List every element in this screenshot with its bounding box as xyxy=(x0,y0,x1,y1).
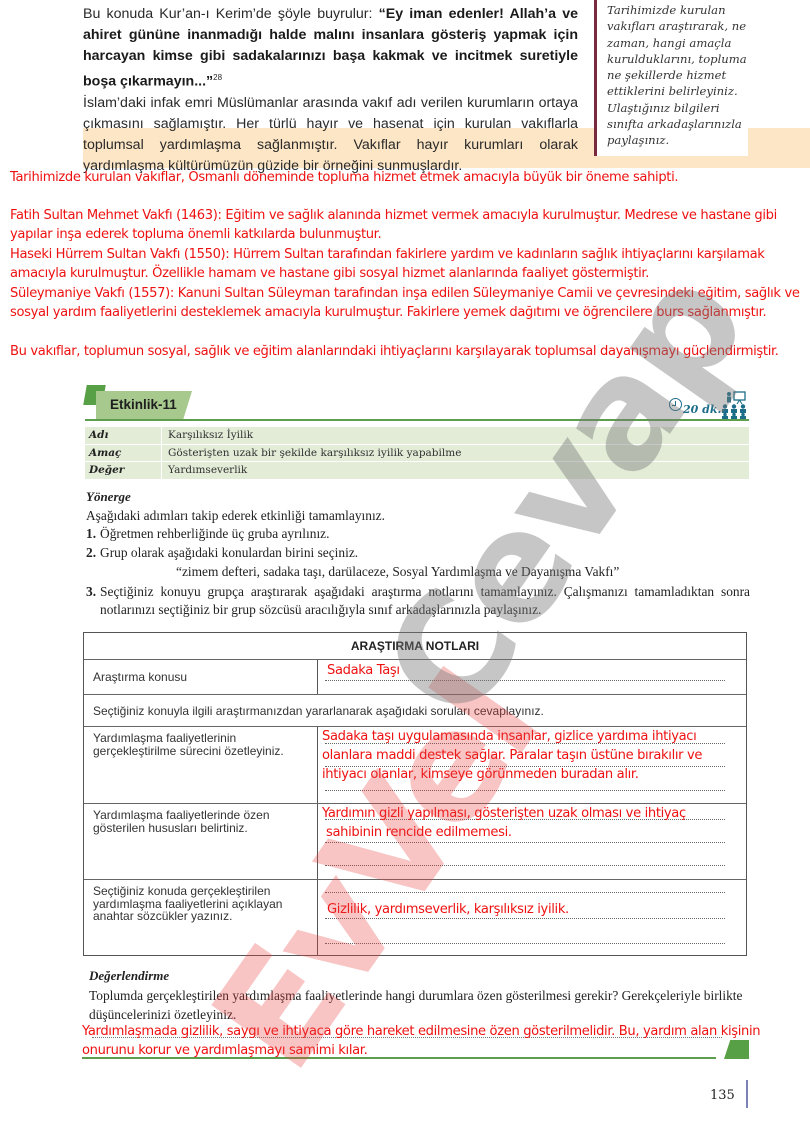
instruction-step-1: 1.Öğretmen rehberliğinde üç gruba ayrılı… xyxy=(86,525,750,543)
question-label-3: Seçtiğiniz konuda gerçekleştirilen yardı… xyxy=(93,885,303,923)
answer-intro: Tarihimizde kurulan vakıflar, Osmanlı dö… xyxy=(10,168,800,187)
instruction-step-3: 3.Seçtiğiniz konuyu grupça araştırarak a… xyxy=(86,583,750,619)
topics-quote: “zimem defteri, sadaka taşı, darülaceze,… xyxy=(176,563,619,581)
question-row-1: Yardımlaşma faaliyetlerinin gerçekleştir… xyxy=(84,727,746,804)
answer-conclusion: Bu vakıflar, toplumun sosyal, sağlık ve … xyxy=(10,342,800,361)
answer-line xyxy=(325,680,725,681)
activity-info-table: Adı Karşılıksız İyilik Amaç Gösterişten … xyxy=(85,427,749,480)
question-answer-3[interactable]: Gizlilik, yardımseverlik, karşılıksız iy… xyxy=(327,900,569,919)
footnote-marker: 28 xyxy=(213,73,222,82)
research-topic-answer[interactable]: Sadaka Taşı xyxy=(327,661,400,680)
instructions-intro: Aşağıdaki adımları takip ederek etkinliğ… xyxy=(86,507,385,525)
infak-paragraph: İslam’daki infak emri Müslümanlar arasın… xyxy=(83,93,578,177)
research-notes-title: ARAŞTIRMA NOTLARI xyxy=(84,633,746,660)
page-number: 135 xyxy=(710,1088,735,1103)
research-topic-row: Araştırma konusu Sadaka Taşı xyxy=(84,660,746,695)
quran-paragraph: Bu konuda Kur’an-ı Kerim’de şöyle buyrul… xyxy=(83,4,578,93)
research-instruction: Seçtiğiniz konuyla ilgili araştırmanızda… xyxy=(93,705,733,718)
question-answer-2[interactable]: Yardımın gizli yapılması, gösterişten uz… xyxy=(322,804,686,842)
info-row-name: Adı Karşılıksız İyilik xyxy=(85,427,749,444)
question-row-2: Yardımlaşma faaliyetlerinde özen gösteri… xyxy=(84,804,746,880)
evaluation-title: Değerlendirme xyxy=(89,968,169,984)
side-note-text: Tarihimizde kurulan vakıfları araştırara… xyxy=(607,3,747,147)
question-label-1: Yardımlaşma faaliyetlerinin gerçekleştir… xyxy=(93,732,303,757)
question-row-3: Seçtiğiniz konuda gerçekleştirilen yardı… xyxy=(84,880,746,955)
research-instruction-row: Seçtiğiniz konuyla ilgili araştırmanızda… xyxy=(84,695,746,727)
research-notes-table: ARAŞTIRMA NOTLARI Araştırma konusu Sadak… xyxy=(83,632,747,956)
page-number-bar xyxy=(746,1080,748,1108)
research-topic-label: Araştırma konusu xyxy=(93,671,308,684)
evaluation-answer[interactable]: Yardımlaşmada gizlilik, saygı ve ihtiyac… xyxy=(82,1022,804,1060)
activity-duration: 20 dk. xyxy=(683,403,721,416)
info-row-goal: Amaç Gösterişten uzak bir şekilde karşıl… xyxy=(85,445,749,462)
instructions-title: Yönerge xyxy=(86,489,131,505)
answer-item-hurrem: Haseki Hürrem Sultan Vakfı (1550): Hürre… xyxy=(10,245,800,283)
answer-item-suleymaniye: Süleymaniye Vakfı (1557): Kanuni Sultan … xyxy=(10,284,800,322)
activity-title-tab: Etkinlik-11 xyxy=(96,391,192,419)
clock-icon xyxy=(669,398,682,411)
group-presentation-icon xyxy=(720,391,748,419)
info-row-value: Değer Yardımseverlik xyxy=(85,462,749,479)
question-label-2: Yardımlaşma faaliyetlerinde özen gösteri… xyxy=(93,809,303,834)
instruction-step-2: 2.Grup olarak aşağıdaki konulardan birin… xyxy=(86,544,750,562)
activity-divider xyxy=(85,419,749,421)
question-answer-1[interactable]: Sadaka taşı uygulamasında insanlar, gizl… xyxy=(322,727,702,785)
evaluation-question: Toplumda gerçekleştirilen yardımlaşma fa… xyxy=(89,986,749,1024)
answer-item-fatih: Fatih Sultan Mehmet Vakfı (1463): Eğitim… xyxy=(10,206,800,244)
side-note-box: Tarihimizde kurulan vakıfları araştırara… xyxy=(594,0,748,156)
